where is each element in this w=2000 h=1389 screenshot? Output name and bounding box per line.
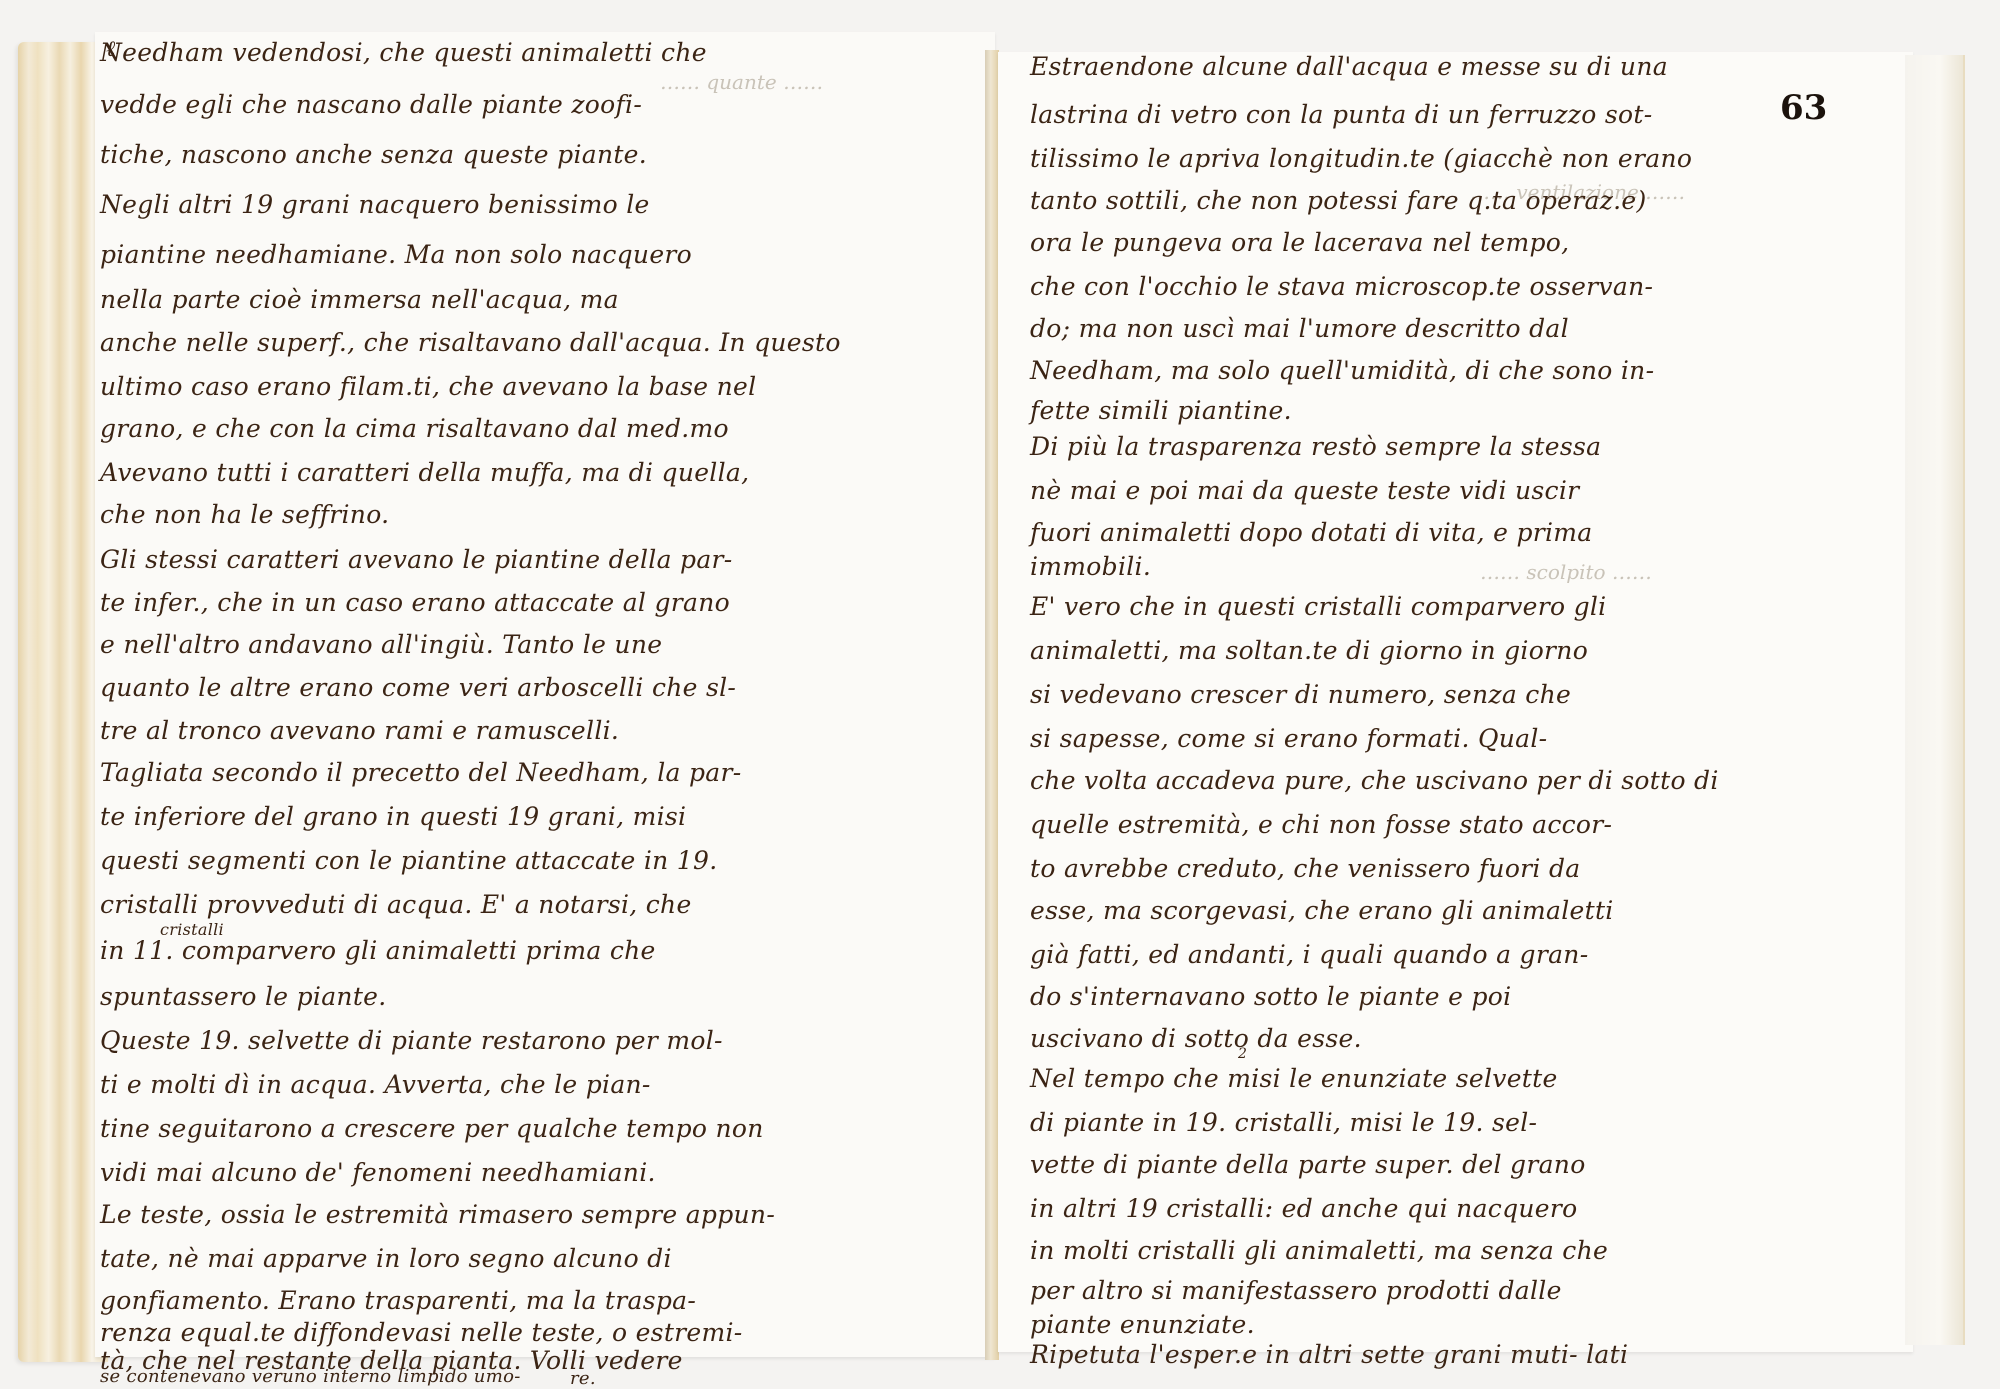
text-line: gonfiamento. Erano trasparenti, ma la tr… — [100, 1286, 696, 1315]
text-line: Di più la trasparenza restò sempre la st… — [1030, 432, 1601, 461]
text-line: nella parte cioè immersa nell'acqua, ma — [100, 285, 619, 314]
text-line: Avevano tutti i caratteri della muffa, m… — [100, 458, 749, 487]
text-line: si vedevano crescer di numero, senza che — [1030, 680, 1571, 709]
text-line: ora le pungeva ora le lacerava nel tempo… — [1030, 228, 1569, 257]
text-line: do; ma non uscì mai l'umore descritto da… — [1030, 314, 1569, 343]
text-line: ti e molti dì in acqua. Avverta, che le … — [100, 1070, 651, 1099]
text-line: già fatti, ed andanti, i quali quando a … — [1030, 940, 1588, 969]
text-line: spuntassero le piante. — [100, 982, 387, 1011]
bleed-through-text: …… scolpito …… — [1480, 560, 1652, 584]
text-line: anche nelle superf., che risaltavano dal… — [100, 328, 841, 357]
text-line: e nell'altro andavano all'ingiù. Tanto l… — [100, 630, 662, 659]
text-line: Ripetuta l'esper.e in altri sette grani … — [1030, 1340, 1628, 1369]
text-line: lastrina di vetro con la punta di un fer… — [1030, 100, 1652, 129]
text-line: in molti cristalli gli animaletti, ma se… — [1030, 1236, 1608, 1265]
text-line: che volta accadeva pure, che uscivano pe… — [1030, 766, 1719, 795]
text-line: E' vero che in questi cristalli comparve… — [1030, 592, 1606, 621]
text-line: si sapesse, come si erano formati. Qual- — [1030, 724, 1547, 753]
book-gutter — [985, 50, 999, 1360]
text-line: animaletti, ma soltan.te di giorno in gi… — [1030, 636, 1588, 665]
text-line: tilissimo le apriva longitudin.te (giacc… — [1030, 144, 1692, 173]
right-page-edge — [1905, 55, 1965, 1345]
text-line: piantine needhamiane. Ma non solo nacque… — [100, 240, 692, 269]
text-line: questi segmenti con le piantine attaccat… — [100, 846, 717, 875]
text-line: Needham vedendosi, che questi animaletti… — [100, 38, 707, 67]
text-line: esse, ma scorgevasi, che erano gli anima… — [1030, 896, 1614, 925]
open-manuscript-book: …… quante …… …… ventilazione …… …… scolp… — [0, 0, 2000, 1389]
text-line: do s'internavano sotto le piante e poi — [1030, 982, 1511, 1011]
text-line: te inferiore del grano in questi 19 gran… — [100, 802, 686, 831]
text-line: tiche, nascono anche senza queste piante… — [100, 140, 647, 169]
text-line: Queste 19. selvette di piante restarono … — [100, 1026, 723, 1055]
text-line: tanto sottili, che non potessi fare q.ta… — [1030, 186, 1647, 215]
text-line: renza equal.te diffondevasi nelle teste,… — [100, 1318, 743, 1347]
text-line: grano, e che con la cima risaltavano dal… — [100, 414, 729, 443]
text-line: ultimo caso erano filam.ti, che avevano … — [100, 372, 756, 401]
text-line: Gli stessi caratteri avevano le piantine… — [100, 545, 733, 574]
text-line: re. — [570, 1368, 596, 1389]
text-line: di piante in 19. cristalli, misi le 19. … — [1030, 1108, 1537, 1137]
text-line: te infer., che in un caso erano attaccat… — [100, 588, 730, 617]
text-line: Tagliata secondo il precetto del Needham… — [100, 758, 741, 787]
text-line: quelle estremità, e chi non fosse stato … — [1030, 810, 1612, 839]
text-line: Le teste, ossia le estremità rimasero se… — [100, 1200, 775, 1229]
bleed-through-text: …… quante …… — [660, 70, 823, 94]
text-line: piante enunziate. — [1030, 1310, 1255, 1339]
text-line: che con l'occhio le stava microscop.te o… — [1030, 272, 1653, 301]
text-line: in 11. comparvero gli animaletti prima c… — [100, 936, 656, 965]
text-line: Nel tempo che misi le enunziate selvette — [1030, 1064, 1558, 1093]
text-line: Negli altri 19 grani nacquero benissimo … — [100, 190, 650, 219]
text-line: vette di piante della parte super. del g… — [1030, 1150, 1586, 1179]
text-line: quanto le altre erano come veri arboscel… — [100, 673, 736, 702]
text-line: immobili. — [1030, 552, 1151, 581]
text-line: to avrebbe creduto, che venissero fuori … — [1030, 854, 1580, 883]
text-line: se contenevano veruno interno limpido um… — [100, 1366, 521, 1387]
text-line: vidi mai alcuno de' fenomeni needhamiani… — [100, 1158, 656, 1187]
text-line: tine seguitarono a crescere per qualche … — [100, 1114, 764, 1143]
text-line: Needham, ma solo quell'umidità, di che s… — [1030, 356, 1654, 385]
text-line: vedde egli che nascano dalle piante zoof… — [100, 90, 642, 119]
text-line: per altro si manifestassero prodotti dal… — [1030, 1276, 1562, 1305]
text-line: fette simili piantine. — [1030, 396, 1292, 425]
text-line: nè mai e poi mai da queste teste vidi us… — [1030, 476, 1579, 505]
text-line: che non ha le seffrino. — [100, 500, 389, 529]
text-line: cristalli provveduti di acqua. E' a nota… — [100, 890, 692, 919]
text-line: tre al tronco avevano rami e ramuscelli. — [100, 716, 619, 745]
text-line: Estraendone alcune dall'acqua e messe su… — [1030, 52, 1668, 81]
interlinear-note: 2 — [1238, 1046, 1247, 1062]
text-line: uscivano di sotto da esse. — [1030, 1024, 1362, 1053]
text-line: in altri 19 cristalli: ed anche qui nacq… — [1030, 1194, 1577, 1223]
text-line: tate, nè mai apparve in loro segno alcun… — [100, 1244, 672, 1273]
text-line: fuori animaletti dopo dotati di vita, e … — [1030, 518, 1593, 547]
page-number: 63 — [1780, 88, 1827, 128]
